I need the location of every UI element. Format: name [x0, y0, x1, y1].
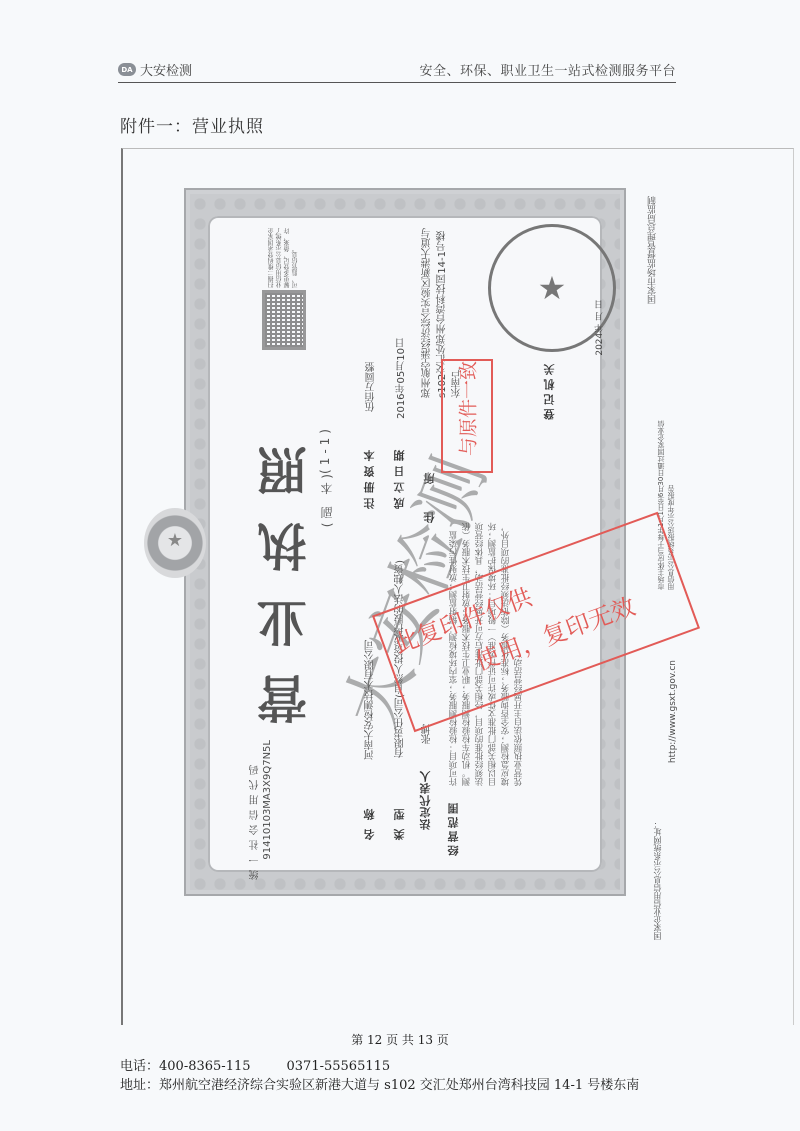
attachment-title: 附件一：营业执照 [120, 112, 264, 137]
header-slogan: 安全、环保、职业卫生一站式检测服务平台 [419, 60, 676, 79]
qr-note: 扫描二维码登录国家企业信用信息公示系统了解更多登记、备案、许可、监管信息。 [268, 226, 300, 288]
field-value-capital: 伍佰万圆整 [364, 362, 379, 412]
credit-code-label: 统一社会信用代码 [248, 760, 263, 880]
national-emblem-icon: ★ [144, 508, 206, 578]
field-label-scope: 经营范围 [446, 800, 462, 856]
phone-1: 400-8365-115 [159, 1059, 251, 1074]
seal-date: 2024年 月 日 [593, 300, 606, 356]
license-title: 营业执照 [250, 420, 322, 724]
field-label-capital: 注册资本 [362, 445, 378, 509]
field-label-legal-rep: 法定代表人 [418, 770, 434, 830]
credit-code: 91410103MA3X9Q7N5L [262, 740, 273, 860]
conform-stamp-text: 与原件一致 [454, 349, 481, 469]
page-number: 第 12 页 共 13 页 [0, 1031, 800, 1048]
field-label-type: 类型 [392, 800, 408, 840]
phone-label: 电话： [120, 1059, 159, 1074]
company-name: 大安检测 [140, 60, 192, 79]
company-logo: DA 大安检测 [118, 60, 192, 79]
website-label: 国家企业信用信息公示系统网址： [652, 820, 663, 940]
address-value: 郑州航空港经济综合实验区新港大道与 s102 交汇处郑州台湾科技园 14-1 号… [159, 1078, 639, 1093]
page-header: DA 大安检测 安全、环保、职业卫生一站式检测服务平台 [118, 58, 676, 83]
website-url: http://www.gsxt.gov.cn [668, 660, 678, 763]
contact-phone: 电话：400-8365-1150371-55565115 [120, 1055, 390, 1074]
field-label-name: 名称 [362, 800, 378, 840]
license-copy-number: (1-1) [318, 425, 332, 474]
contact-address: 地址：郑州航空港经济综合实验区新港大道与 s102 交汇处郑州台湾科技园 14-… [120, 1074, 639, 1093]
license-copy-label: (副 本) [318, 470, 335, 527]
registration-authority-label: 登记机关 [542, 360, 558, 420]
qr-code [262, 290, 306, 350]
logo-badge-icon: DA [118, 63, 136, 76]
phone-2: 0371-55565115 [287, 1059, 391, 1074]
address-label: 地址： [120, 1078, 159, 1093]
field-value-date: 2016年05月10日 [394, 338, 409, 419]
license-issuer: 国家市场监督管理总局监制 [646, 196, 659, 304]
